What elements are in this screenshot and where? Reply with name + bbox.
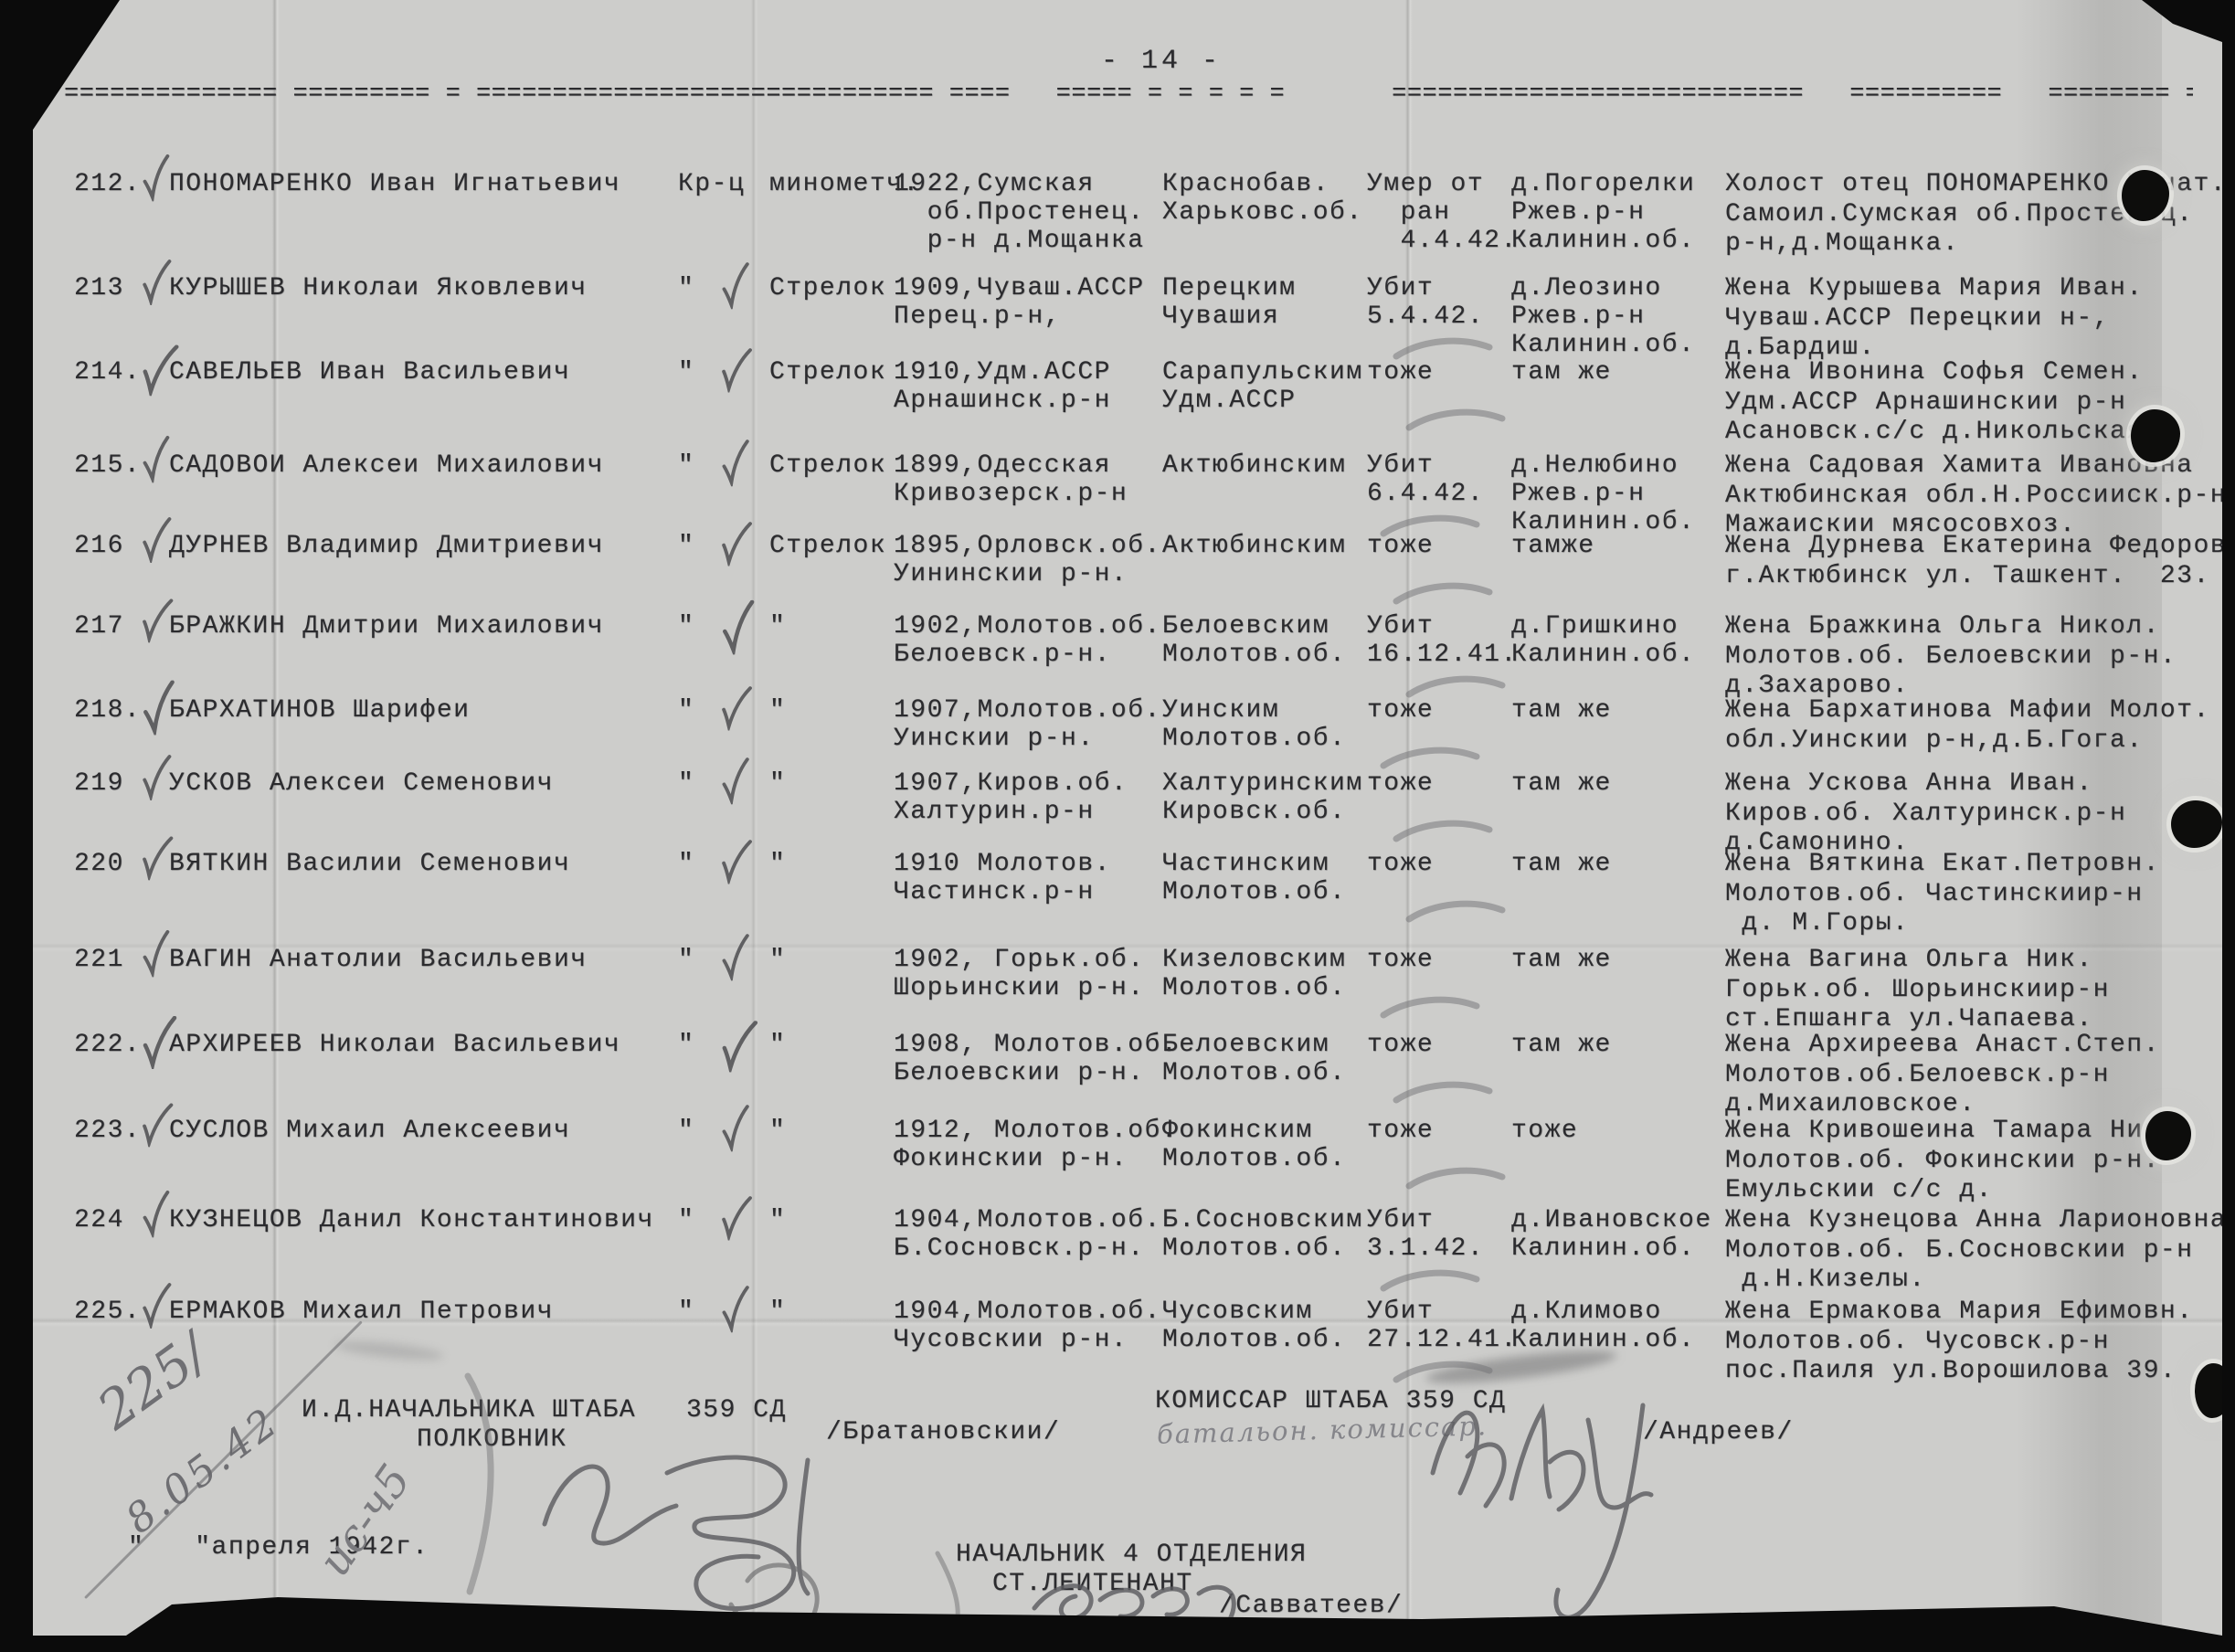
place-of-death-line: там же bbox=[1511, 696, 1612, 725]
family-info-line: Киров.об. Халтуринск.р-н bbox=[1725, 800, 2222, 830]
family-info-line: Горьк.об. Шорьинскиир-н bbox=[1725, 976, 2222, 1006]
fate-and-date-line: Убит bbox=[1367, 1297, 1518, 1326]
birth-year-and-place: 1904,Молотов.об.Чусовскии р-н. bbox=[894, 1297, 1161, 1354]
pencil-checkmark bbox=[718, 346, 752, 394]
fate-and-date-line: Убит bbox=[1367, 612, 1518, 641]
soldier-name: АРХИРЕЕВ Николаи Васильевич bbox=[169, 1031, 620, 1059]
drafting-office: Актюбинским bbox=[1162, 532, 1346, 560]
family-info-line: Жена Архиреева Анаст.Степ. bbox=[1725, 1031, 2222, 1061]
family-info: Жена Ускова Анна Иван.Киров.об. Халтурин… bbox=[1725, 769, 2222, 859]
place-of-death: там же bbox=[1511, 1031, 1612, 1059]
pencil-checkmark bbox=[718, 1019, 758, 1075]
drafting-office-line: Кировск.об. bbox=[1162, 798, 1363, 826]
drafting-office-line: Молотов.об. bbox=[1162, 1326, 1346, 1354]
fate-and-date-line: тоже bbox=[1367, 850, 1434, 878]
row-number: 221 bbox=[74, 946, 124, 974]
fate-and-date: тоже bbox=[1367, 696, 1434, 725]
rank-ditto: " bbox=[678, 358, 694, 387]
fate-and-date: Умер от ран 4.4.42. bbox=[1367, 170, 1518, 255]
family-info-line: Молотов.об. Частинскиир-н bbox=[1725, 880, 2222, 910]
place-of-death-line: д.Погорелки bbox=[1511, 170, 1695, 198]
rank-ditto: Кр-ц bbox=[678, 170, 745, 198]
birth-year-and-place-line: 1895,Орловск.об. bbox=[894, 532, 1161, 560]
speciality: " bbox=[769, 1206, 786, 1234]
pencil-smudge bbox=[334, 1338, 444, 1363]
fate-and-date: тоже bbox=[1367, 1031, 1434, 1059]
drafting-office-line: Сарапульским bbox=[1162, 358, 1363, 387]
birth-year-and-place: 1899,ОдесскаяКривозерск.р-н bbox=[894, 451, 1128, 508]
commissar-rank-handwritten: батальон. комиссар. bbox=[1157, 1410, 1488, 1449]
birth-year-and-place: 1904,Молотов.об.Б.Сосновск.р-н. bbox=[894, 1206, 1161, 1263]
birth-year-and-place: 1912, Молотов.об.Фокинскии р-н. bbox=[894, 1117, 1178, 1173]
family-info-line: д. М.Горы. bbox=[1725, 909, 2222, 939]
birth-year-and-place-line: 1899,Одесская bbox=[894, 451, 1128, 480]
drafting-office-line: Фокинским bbox=[1162, 1117, 1346, 1145]
family-info-line: д.Михаиловское. bbox=[1725, 1090, 2222, 1120]
fate-and-date-line: 6.4.42. bbox=[1367, 480, 1484, 508]
pencil-checkmark bbox=[718, 757, 752, 805]
place-of-death: тамже bbox=[1511, 532, 1595, 560]
place-of-death: там же bbox=[1511, 358, 1612, 387]
place-of-death-line: тоже bbox=[1511, 1117, 1578, 1145]
family-info-line: Жена Ускова Анна Иван. bbox=[1725, 769, 2222, 800]
place-of-death-line: Калинин.об. bbox=[1511, 1234, 1712, 1263]
family-info: Жена Курышева Мария Иван.Чуваш.АССР Пере… bbox=[1725, 274, 2222, 364]
family-info-line: д.Н.Кизелы. bbox=[1725, 1265, 2222, 1296]
soldier-name: ДУРНЕВ Владимир Дмитриевич bbox=[169, 532, 604, 560]
speciality: " bbox=[769, 946, 786, 974]
birth-year-and-place: 1908, Молотов.об.Белоевскии р-н. bbox=[894, 1031, 1178, 1087]
chief-of-staff-name: /Братановскии/ bbox=[826, 1418, 1060, 1446]
fate-and-date-line: тоже bbox=[1367, 946, 1434, 974]
pencil-checkmark bbox=[718, 1194, 752, 1242]
fate-and-date: Убит6.4.42. bbox=[1367, 451, 1484, 508]
place-of-death-line: д.Нелюбино bbox=[1511, 451, 1695, 480]
birth-year-and-place-line: Уинскии р-н. bbox=[894, 725, 1161, 753]
family-info-line: Жена Ивонина Софья Семен. bbox=[1725, 358, 2222, 388]
soldier-name: СУСЛОВ Михаил Алексеевич bbox=[169, 1117, 570, 1145]
birth-year-and-place-line: 1922,Сумская bbox=[894, 170, 1145, 198]
pencil-checkmark bbox=[718, 1286, 752, 1333]
rank-ditto: " bbox=[678, 451, 694, 480]
drafting-office-line: Чусовским bbox=[1162, 1297, 1346, 1326]
fate-and-date: тоже bbox=[1367, 850, 1434, 878]
place-of-death-line: Ржев.р-н bbox=[1511, 480, 1695, 508]
pencil-checkmark bbox=[718, 934, 752, 981]
birth-year-and-place-line: 1907,Киров.об. bbox=[894, 769, 1128, 798]
handwritten-note: ис-ч5 bbox=[309, 1456, 421, 1585]
soldier-name: ВАГИН Анатолии Васильевич bbox=[169, 946, 588, 974]
speciality: " bbox=[769, 769, 786, 798]
drafting-office-line: Белоевским bbox=[1162, 1031, 1346, 1059]
row-number: 224 bbox=[74, 1206, 124, 1234]
place-of-death: там же bbox=[1511, 850, 1612, 878]
soldier-name: ПОНОМАРЕНКО Иван Игнатьевич bbox=[169, 170, 620, 198]
family-info-line: Жена Курышева Мария Иван. bbox=[1725, 274, 2222, 304]
punch-hole bbox=[2195, 1363, 2222, 1418]
family-info-line: Молотов.об. Чусовск.р-н bbox=[1725, 1328, 2222, 1358]
drafting-office-line: Частинским bbox=[1162, 850, 1346, 878]
fate-and-date-line: 16.12.41. bbox=[1367, 641, 1518, 669]
place-of-death-line: там же bbox=[1511, 850, 1612, 878]
row-number: 217 bbox=[74, 612, 124, 641]
drafting-office-line: Молотов.об. bbox=[1162, 725, 1346, 753]
family-info-line: Жена Бархатинова Мафии Молот. bbox=[1725, 696, 2222, 726]
soldier-name: БАРХАТИНОВ Шарифеи bbox=[169, 696, 470, 725]
family-info: Жена Дурнева Екатерина Федоров.г.Актюбин… bbox=[1725, 532, 2222, 591]
row-number: 223. bbox=[74, 1117, 141, 1145]
birth-year-and-place-line: Арнашинск.р-н bbox=[894, 387, 1111, 415]
family-info-line: Жена Вяткина Екат.Петровн. bbox=[1725, 850, 2222, 880]
drafting-office-line: Краснобав. bbox=[1162, 170, 1363, 198]
place-of-death-line: там же bbox=[1511, 769, 1612, 798]
place-of-death: д.ИвановскоеКалинин.об. bbox=[1511, 1206, 1712, 1263]
fate-and-date: тоже bbox=[1367, 358, 1434, 387]
pencil-checkmark bbox=[718, 684, 752, 732]
drafting-office-line: Молотов.об. bbox=[1162, 641, 1346, 669]
speciality: " bbox=[769, 850, 786, 878]
pencil-checkmark bbox=[141, 1283, 172, 1329]
row-number: 219 bbox=[74, 769, 124, 798]
drafting-office: БелоевскимМолотов.об. bbox=[1162, 612, 1346, 669]
pencil-checkmark bbox=[718, 1105, 752, 1152]
birth-year-and-place-line: 1909,Чуваш.АССР bbox=[894, 274, 1145, 302]
place-of-death-line: тамже bbox=[1511, 532, 1595, 560]
family-info-line: г.Актюбинск ул. Ташкент. 23. bbox=[1725, 562, 2222, 592]
birth-year-and-place: 1895,Орловск.об.Уининскии р-н. bbox=[894, 532, 1161, 588]
row-number: 218. bbox=[74, 696, 141, 725]
fate-and-date-line: ран bbox=[1367, 198, 1518, 227]
family-info-line: Молотов.об. Белоевскии р-н. bbox=[1725, 642, 2222, 672]
soldier-name: САДОВОИ Алексеи Михаилович bbox=[169, 451, 604, 480]
birth-year-and-place-line: 1910,Удм.АССР bbox=[894, 358, 1111, 387]
fate-and-date-line: 4.4.42. bbox=[1367, 227, 1518, 255]
row-number: 215. bbox=[74, 451, 141, 480]
rank-ditto: " bbox=[678, 850, 694, 878]
birth-year-and-place-line: 1907,Молотов.об. bbox=[894, 696, 1161, 725]
birth-year-and-place-line: 1912, Молотов.об. bbox=[894, 1117, 1178, 1145]
place-of-death: там же bbox=[1511, 769, 1612, 798]
drafting-office-line: Удм.АССР bbox=[1162, 387, 1363, 415]
pencil-checkmark bbox=[718, 600, 758, 656]
place-of-death-line: Калинин.об. bbox=[1511, 331, 1695, 359]
scanned-document-page: - 14 - ============== ========= = ======… bbox=[0, 0, 2235, 1652]
rank-ditto: " bbox=[678, 1206, 694, 1234]
row-number: 212. bbox=[74, 170, 141, 198]
drafting-office-line: Актюбинским bbox=[1162, 451, 1346, 480]
drafting-office-line: Актюбинским bbox=[1162, 532, 1346, 560]
drafting-office: ЧастинскимМолотов.об. bbox=[1162, 850, 1346, 906]
fold-crease bbox=[751, 0, 758, 1636]
birth-year-and-place-line: Частинск.р-н bbox=[894, 878, 1111, 906]
drafting-office-line: Кизеловским bbox=[1162, 946, 1346, 974]
pencil-checkmark bbox=[141, 755, 172, 800]
place-of-death-line: д.Леозино bbox=[1511, 274, 1695, 302]
fate-and-date-line: Убит bbox=[1367, 274, 1484, 302]
birth-year-and-place-line: Чусовскии р-н. bbox=[894, 1326, 1161, 1354]
family-info-line: Молотов.об. Б.Сосновскии р-н bbox=[1725, 1236, 2222, 1266]
place-of-death: там же bbox=[1511, 696, 1612, 725]
birth-year-and-place-line: Перец.р-н, bbox=[894, 302, 1145, 331]
drafting-office: ПерецкимЧувашия bbox=[1162, 274, 1296, 331]
birth-year-and-place-line: р-н д.Мощанка bbox=[894, 227, 1145, 255]
fate-and-date: тоже bbox=[1367, 769, 1434, 798]
place-of-death: там же bbox=[1511, 946, 1612, 974]
fate-and-date-line: 3.1.42. bbox=[1367, 1234, 1484, 1263]
place-of-death: д.ЛеозиноРжев.р-нКалинин.об. bbox=[1511, 274, 1695, 359]
birth-year-and-place: 1907,Киров.об.Халтурин.р-н bbox=[894, 769, 1128, 826]
family-info-line: Молотов.об.Белоевск.р-н bbox=[1725, 1061, 2222, 1091]
fate-and-date-line: 5.4.42. bbox=[1367, 302, 1484, 331]
drafting-office: СарапульскимУдм.АССР bbox=[1162, 358, 1363, 415]
rank-ditto: " bbox=[678, 769, 694, 798]
fate-and-date-line: тоже bbox=[1367, 358, 1434, 387]
chief-of-staff-rank: ПОЛКОВНИК bbox=[417, 1425, 567, 1454]
place-of-death-line: Калинин.об. bbox=[1511, 641, 1695, 669]
drafting-office: КизеловскимМолотов.об. bbox=[1162, 946, 1346, 1002]
place-of-death: тоже bbox=[1511, 1117, 1578, 1145]
birth-year-and-place: 1902,Молотов.об.Белоевск.р-н. bbox=[894, 612, 1161, 669]
birth-year-and-place-line: 1902,Молотов.об. bbox=[894, 612, 1161, 641]
family-info-line: Жена Бражкина Ольга Никол. bbox=[1725, 612, 2222, 642]
row-number: 216 bbox=[74, 532, 124, 560]
speciality: Стрелок bbox=[769, 451, 886, 480]
drafting-office-line: Чувашия bbox=[1162, 302, 1296, 331]
fate-and-date: Убит16.12.41. bbox=[1367, 612, 1518, 669]
family-info: Жена Вяткина Екат.Петровн.Молотов.об. Ча… bbox=[1725, 850, 2222, 939]
drafting-office: ФокинскимМолотов.об. bbox=[1162, 1117, 1346, 1173]
drafting-office: Актюбинским bbox=[1162, 451, 1346, 480]
department-head-rank: СТ.ЛЕИТЕНАНТ bbox=[992, 1570, 1193, 1598]
fate-and-date-line: 27.12.41. bbox=[1367, 1326, 1518, 1354]
birth-year-and-place: 1902, Горьк.об.Шорьинскии р-н. bbox=[894, 946, 1145, 1002]
family-info: Жена Садовая Хамита ИвановнаАктюбинская … bbox=[1725, 451, 2222, 541]
speciality: Стрелок bbox=[769, 274, 886, 302]
place-of-death-line: Калинин.об. bbox=[1511, 1326, 1695, 1354]
soldier-name: КУЗНЕЦОВ Данил Константинович bbox=[169, 1206, 654, 1234]
speciality: " bbox=[769, 1117, 786, 1145]
rank-ditto: " bbox=[678, 1117, 694, 1145]
speciality: Стрелок bbox=[769, 358, 886, 387]
place-of-death: д.КлимовоКалинин.об. bbox=[1511, 1297, 1695, 1354]
birth-year-and-place-line: Белоевск.р-н. bbox=[894, 641, 1161, 669]
drafting-office: БелоевскимМолотов.об. bbox=[1162, 1031, 1346, 1087]
drafting-office-line: Молотов.об. bbox=[1162, 878, 1346, 906]
drafting-office-line: Халтуринским bbox=[1162, 769, 1363, 798]
fate-and-date: Убит3.1.42. bbox=[1367, 1206, 1484, 1263]
signature-bratanovsky bbox=[545, 1467, 676, 1543]
drafting-office-line: Перецким bbox=[1162, 274, 1296, 302]
fate-and-date-line: тоже bbox=[1367, 696, 1434, 725]
handwritten-registration-number: 225/ bbox=[86, 1321, 218, 1442]
speciality: " bbox=[769, 612, 786, 641]
fate-and-date-line: тоже bbox=[1367, 532, 1434, 560]
drafting-office-line: Белоевским bbox=[1162, 612, 1346, 641]
soldier-name: БРАЖКИН Дмитрии Михаилович bbox=[169, 612, 604, 641]
rank-ditto: " bbox=[678, 612, 694, 641]
pencil-checkmark bbox=[718, 838, 752, 885]
birth-year-and-place-line: Белоевскии р-н. bbox=[894, 1059, 1178, 1087]
fate-and-date-line: тоже bbox=[1367, 769, 1434, 798]
family-info: Жена Бархатинова Мафии Молот.обл.Уинскии… bbox=[1725, 696, 2222, 756]
fold-crease bbox=[272, 0, 280, 1636]
place-of-death-line: Калинин.об. bbox=[1511, 227, 1695, 255]
page-number: - 14 - bbox=[1101, 48, 1222, 76]
rank-ditto: " bbox=[678, 1031, 694, 1059]
birth-year-and-place-line: 1902, Горьк.об. bbox=[894, 946, 1145, 974]
birth-year-and-place-line: Халтурин.р-н bbox=[894, 798, 1128, 826]
family-info-line: пос.Паиля ул.Ворошилова 39. bbox=[1725, 1357, 2222, 1387]
birth-year-and-place-line: 1910 Молотов. bbox=[894, 850, 1111, 878]
speciality: " bbox=[769, 1297, 786, 1326]
speciality: Стрелок bbox=[769, 532, 886, 560]
family-info-line: Жена Дурнева Екатерина Федоров. bbox=[1725, 532, 2222, 562]
drafting-office: Краснобав.Харьковс.об. bbox=[1162, 170, 1363, 227]
pencil-checkmark bbox=[141, 517, 172, 563]
drafting-office: ХалтуринскимКировск.об. bbox=[1162, 769, 1363, 826]
birth-year-and-place: 1909,Чуваш.АССРПерец.р-н, bbox=[894, 274, 1145, 331]
fate-and-date-line: Убит bbox=[1367, 1206, 1484, 1234]
pencil-checkmark bbox=[718, 439, 752, 487]
birth-year-and-place-line: Б.Сосновск.р-н. bbox=[894, 1234, 1161, 1263]
place-of-death-line: д.Ивановское bbox=[1511, 1206, 1712, 1234]
rank-ditto: " bbox=[678, 946, 694, 974]
drafting-office-line: Молотов.об. bbox=[1162, 1234, 1363, 1263]
fate-and-date: тоже bbox=[1367, 532, 1434, 560]
fate-and-date: Убит27.12.41. bbox=[1367, 1297, 1518, 1354]
chief-of-staff-title: И.Д.НАЧАЛЬНИКА ШТАБА 359 СД bbox=[302, 1396, 787, 1424]
rank-ditto: " bbox=[678, 532, 694, 560]
row-number: 220 bbox=[74, 850, 124, 878]
family-info-line: Жена Кузнецова Анна Ларионовна bbox=[1725, 1206, 2222, 1236]
commissar-name: /Андреев/ bbox=[1643, 1418, 1794, 1446]
separator-line: ============== ========= = =============… bbox=[64, 80, 2193, 109]
pencil-checkmark bbox=[718, 262, 752, 310]
drafting-office-line: Уинским bbox=[1162, 696, 1346, 725]
birth-year-and-place-line: об.Простенец. bbox=[894, 198, 1145, 227]
birth-year-and-place-line: 1908, Молотов.об. bbox=[894, 1031, 1178, 1059]
place-of-death-line: д.Гришкино bbox=[1511, 612, 1695, 641]
place-of-death: д.ПогорелкиРжев.р-нКалинин.об. bbox=[1511, 170, 1695, 255]
place-of-death-line: Ржев.р-н bbox=[1511, 302, 1695, 331]
fate-and-date-line: тоже bbox=[1367, 1117, 1434, 1145]
fate-and-date-line: тоже bbox=[1367, 1031, 1434, 1059]
soldier-name: САВЕЛЬЕВ Иван Васильевич bbox=[169, 358, 570, 387]
family-info: Жена Архиреева Анаст.Степ.Молотов.об.Бел… bbox=[1725, 1031, 2222, 1120]
birth-year-and-place-line: 1904,Молотов.об. bbox=[894, 1206, 1161, 1234]
place-of-death-line: Ржев.р-н bbox=[1511, 198, 1695, 227]
drafting-office-line: Молотов.об. bbox=[1162, 1145, 1346, 1173]
place-of-death-line: там же bbox=[1511, 1031, 1612, 1059]
rank-ditto: " bbox=[678, 696, 694, 725]
rank-ditto: " bbox=[678, 1297, 694, 1326]
drafting-office-line: Молотов.об. bbox=[1162, 1059, 1346, 1087]
birth-year-and-place: 1922,Сумская об.Простенец. р-н д.Мощанка bbox=[894, 170, 1145, 255]
department-head-title: НАЧАЛЬНИК 4 ОТДЕЛЕНИЯ bbox=[956, 1541, 1307, 1569]
drafting-office: Б.СосновскимМолотов.об. bbox=[1162, 1206, 1363, 1263]
drafting-office-line: Харьковс.об. bbox=[1162, 198, 1363, 227]
soldier-name: ВЯТКИН Василии Семенович bbox=[169, 850, 570, 878]
speciality: " bbox=[769, 1031, 786, 1059]
family-info: Жена Кузнецова Анна ЛарионовнаМолотов.об… bbox=[1725, 1206, 2222, 1296]
row-number: 213 bbox=[74, 274, 124, 302]
birth-year-and-place: 1907,Молотов.об.Уинскии р-н. bbox=[894, 696, 1161, 753]
place-of-death-line: там же bbox=[1511, 358, 1612, 387]
place-of-death-line: там же bbox=[1511, 946, 1612, 974]
family-info-line: Жена Вагина Ольга Ник. bbox=[1725, 946, 2222, 976]
fate-and-date: тоже bbox=[1367, 946, 1434, 974]
birth-year-and-place-line: Уининскии р-н. bbox=[894, 560, 1161, 588]
birth-year-and-place-line: Кривозерск.р-н bbox=[894, 480, 1128, 508]
family-info: Жена Ермакова Мария Ефимовн.Молотов.об. … bbox=[1725, 1297, 2222, 1387]
fate-and-date: Убит5.4.42. bbox=[1367, 274, 1484, 331]
family-info: Жена Бражкина Ольга Никол.Молотов.об. Бе… bbox=[1725, 612, 2222, 702]
fate-and-date-line: Умер от bbox=[1367, 170, 1518, 198]
family-info-line: р-н,д.Мощанка. bbox=[1725, 229, 2222, 259]
place-of-death: д.ГришкиноКалинин.об. bbox=[1511, 612, 1695, 669]
birth-year-and-place: 1910 Молотов.Частинск.р-н bbox=[894, 850, 1111, 906]
drafting-office: УинскимМолотов.об. bbox=[1162, 696, 1346, 753]
soldier-name: КУРЫШЕВ Николаи Яковлевич bbox=[169, 274, 588, 302]
pencil-checkmark bbox=[718, 520, 752, 567]
drafting-office-line: Б.Сосновским bbox=[1162, 1206, 1363, 1234]
birth-year-and-place-line: 1904,Молотов.об. bbox=[894, 1297, 1161, 1326]
family-info-line: Чуваш.АССР Перецкии н-, bbox=[1725, 304, 2222, 334]
pencil-checkmark bbox=[141, 259, 172, 305]
family-info-line: Жена Ермакова Мария Ефимовн. bbox=[1725, 1297, 2222, 1328]
row-number: 214. bbox=[74, 358, 141, 387]
fate-and-date: тоже bbox=[1367, 1117, 1434, 1145]
place-of-death: д.НелюбиноРжев.р-нКалинин.об. bbox=[1511, 451, 1695, 536]
fate-and-date-line: Убит bbox=[1367, 451, 1484, 480]
rank-ditto: " bbox=[678, 274, 694, 302]
family-info-line: Актюбинская обл.Н.Россииск.р-н bbox=[1725, 482, 2222, 512]
family-info-line: Молотов.об. Фокинскии р-н. bbox=[1725, 1147, 2222, 1177]
row-number: 225. bbox=[74, 1297, 141, 1326]
birth-year-and-place: 1910,Удм.АССРАрнашинск.р-н bbox=[894, 358, 1111, 415]
family-info-line: Емульскии с/с д. bbox=[1725, 1176, 2222, 1206]
birth-year-and-place-line: Фокинскии р-н. bbox=[894, 1145, 1178, 1173]
speciality: " bbox=[769, 696, 786, 725]
row-number: 222. bbox=[74, 1031, 141, 1059]
paper-sheet: - 14 - ============== ========= = ======… bbox=[33, 0, 2222, 1636]
drafting-office: ЧусовскимМолотов.об. bbox=[1162, 1297, 1346, 1354]
place-of-death-line: д.Климово bbox=[1511, 1297, 1695, 1326]
drafting-office-line: Молотов.об. bbox=[1162, 974, 1346, 1002]
birth-year-and-place-line: Шорьинскии р-н. bbox=[894, 974, 1145, 1002]
soldier-name: УСКОВ Алексеи Семенович bbox=[169, 769, 554, 798]
department-head-name: /Савватеев/ bbox=[1219, 1592, 1403, 1620]
family-info-line: обл.Уинскии р-н,д.Б.Гога. bbox=[1725, 726, 2222, 757]
family-info: Жена Вагина Ольга Ник.Горьк.об. Шорьинск… bbox=[1725, 946, 2222, 1035]
